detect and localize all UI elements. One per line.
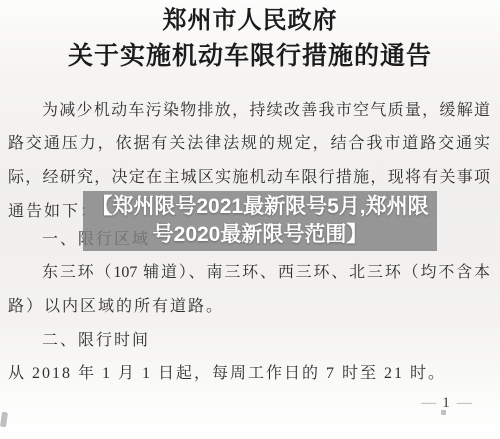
watermark-caption-overlay: 【郑州限号2021最新限号5月,郑州限 号2020最新限号范围】 xyxy=(83,191,437,251)
paragraph-intro-line3: 际，经研究，决定在主城区实施机动车限行措施，现将有关事项 xyxy=(8,167,490,188)
scan-artifact xyxy=(0,412,8,428)
watermark-caption-line2: 号2020最新限号范围】 xyxy=(153,221,368,249)
paragraph-intro-line2: 路交通压力，依据有关法律法规的规定，结合我市道路交通实 xyxy=(8,133,490,154)
page-number-right-dash: — xyxy=(457,394,471,412)
scan-artifact xyxy=(441,410,446,415)
scanned-notice-page: 郑州市人民政府 关于实施机动车限行措施的通告 为减少机动车污染物排放，持续改善我… xyxy=(0,0,500,439)
doc-subtitle: 关于实施机动车限行措施的通告 xyxy=(0,42,500,72)
page-number-left-dash: — xyxy=(421,394,435,412)
watermark-caption-line1: 【郑州限号2021最新限号5月,郑州限 xyxy=(91,193,428,221)
paragraph-area-line1: 东三环（107 辅道）、南三环、西三环、北三环（均不含本 xyxy=(8,262,490,283)
paragraph-intro-line1: 为减少机动车污染物排放，持续改善我市空气质量，缓解道 xyxy=(8,100,490,121)
page-number: — 1 — xyxy=(410,394,482,412)
section-heading-restriction-time: 二、限行时间 xyxy=(8,330,490,351)
doc-title: 郑州市人民政府 xyxy=(0,6,500,36)
paragraph-time-line1: 从 2018 年 1 月 1 日起，每周工作日的 7 时至 21 时。 xyxy=(8,363,490,384)
paragraph-area-line2: 路）以内区域的所有道路。 xyxy=(8,296,490,317)
